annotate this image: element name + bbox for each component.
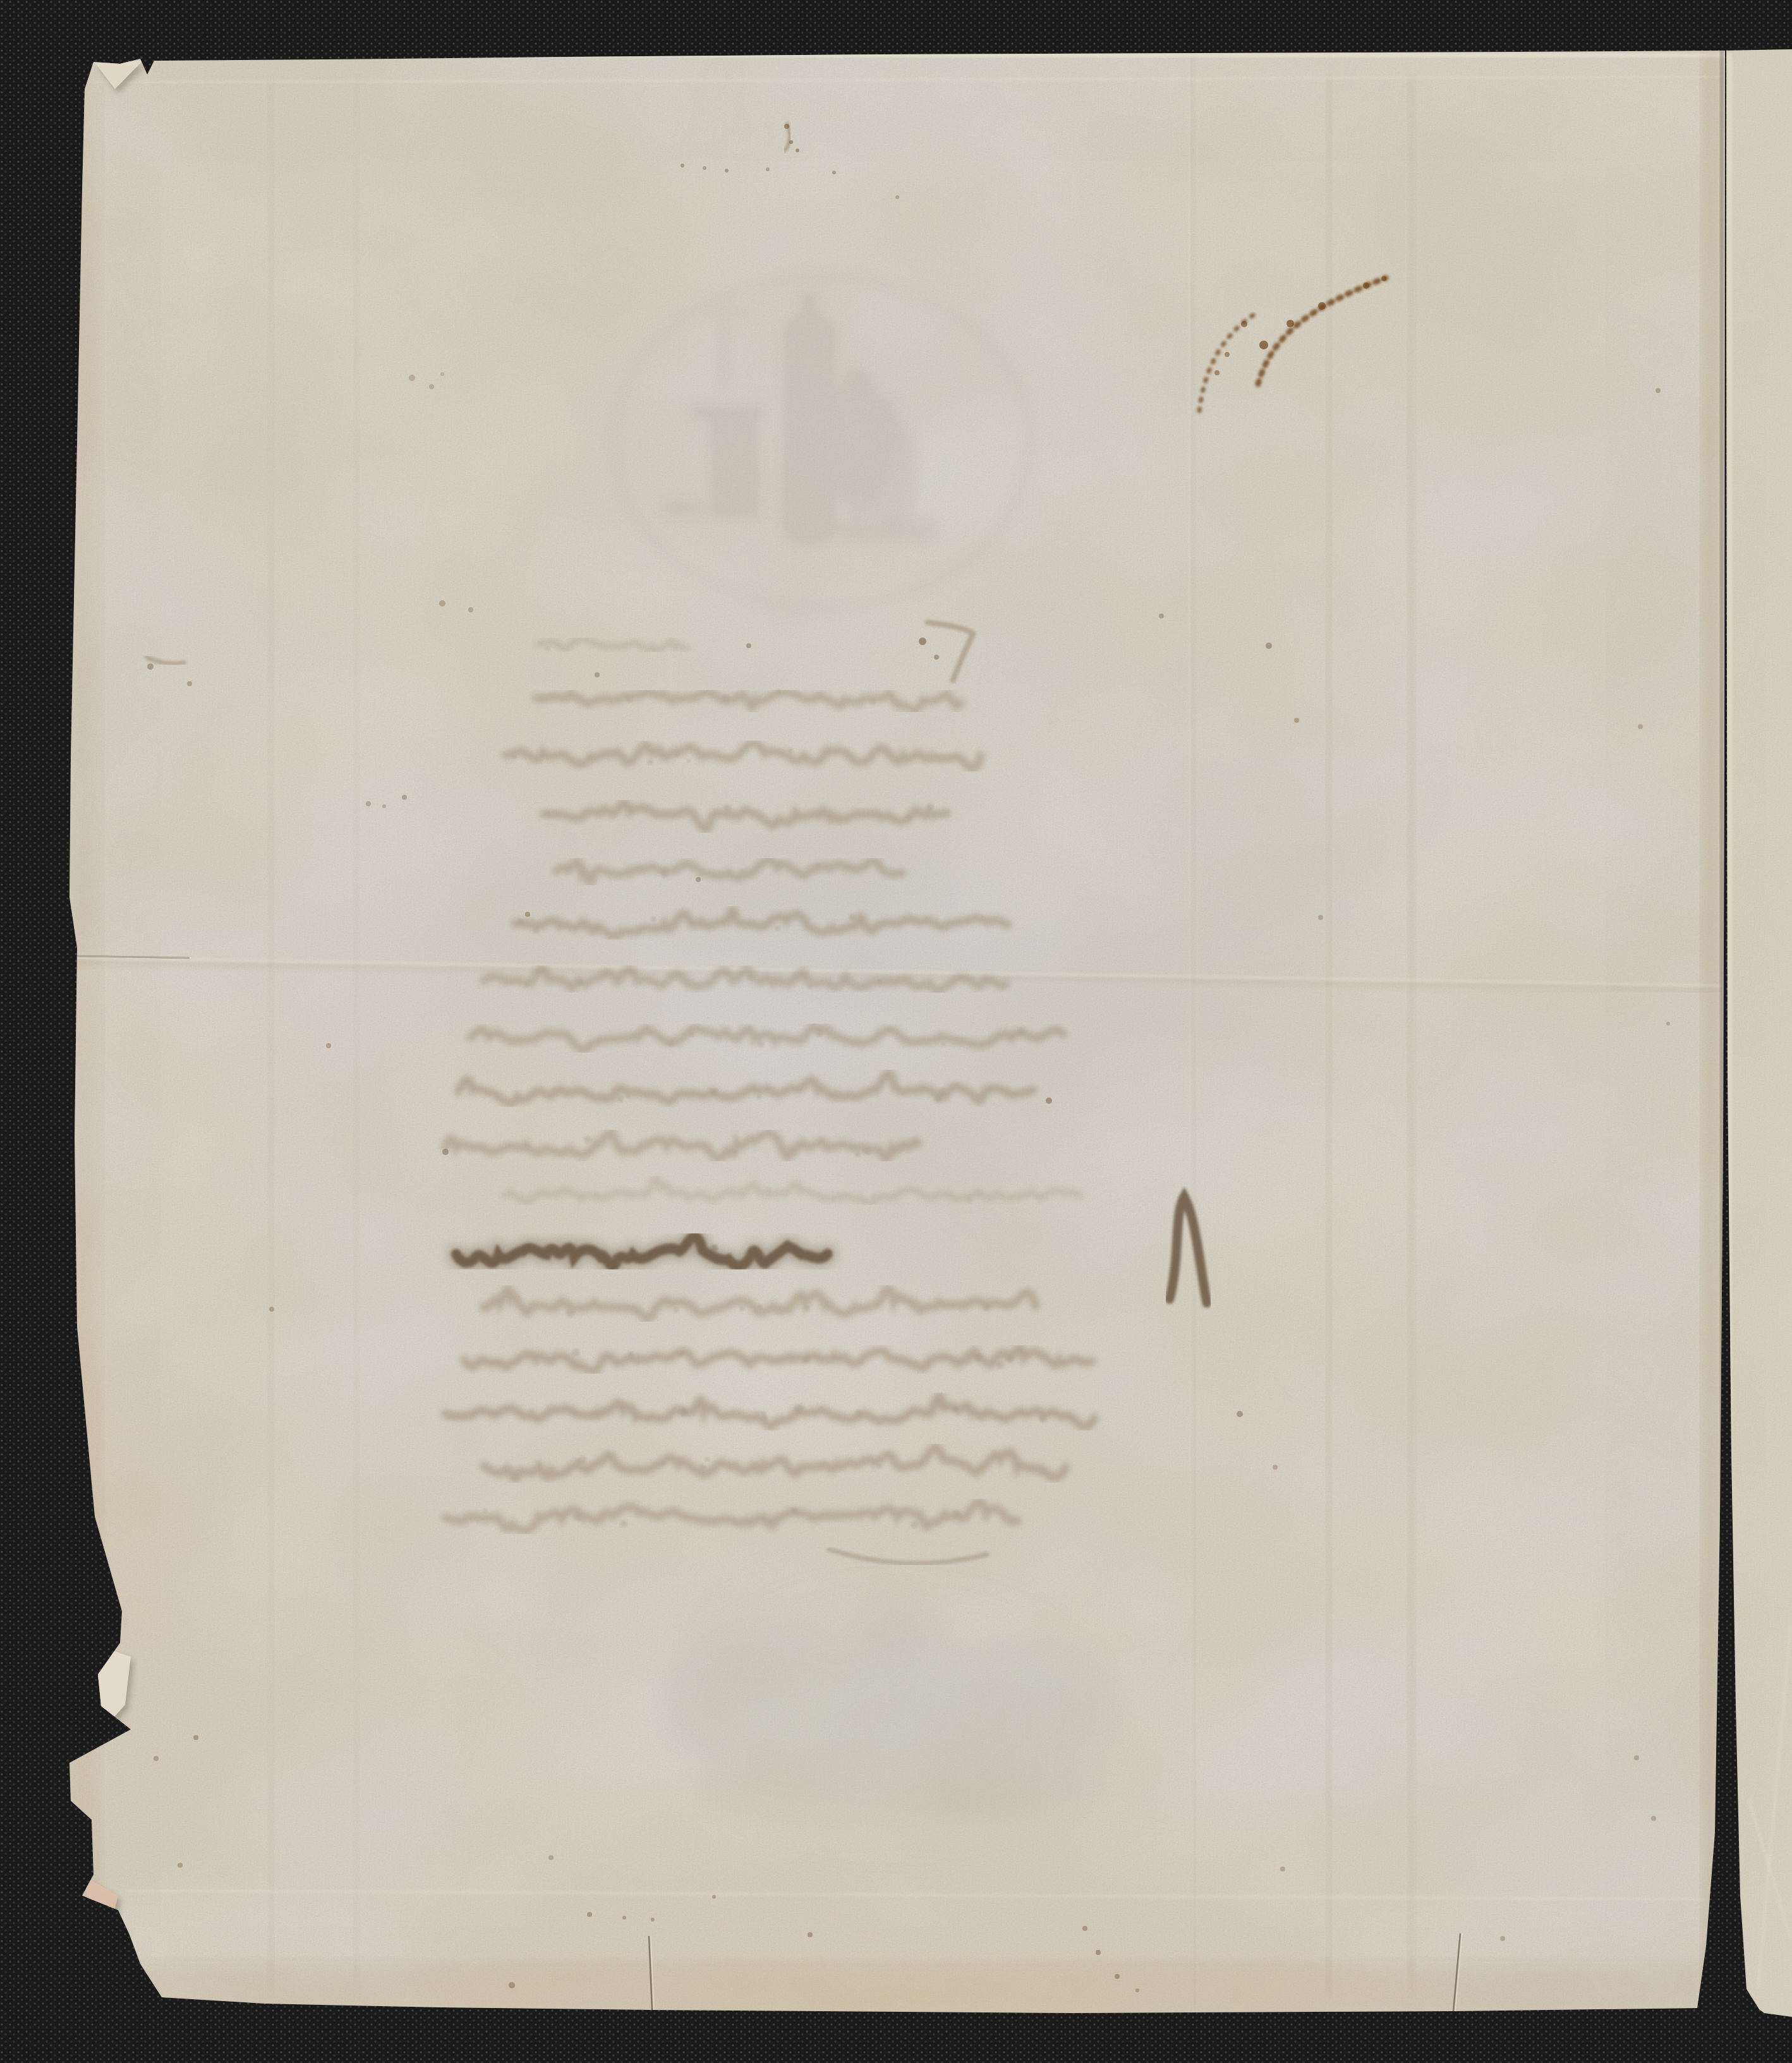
photograph-of-aged-document <box>0 0 1792 2063</box>
certificate-sheet-verso <box>0 0 1792 2063</box>
